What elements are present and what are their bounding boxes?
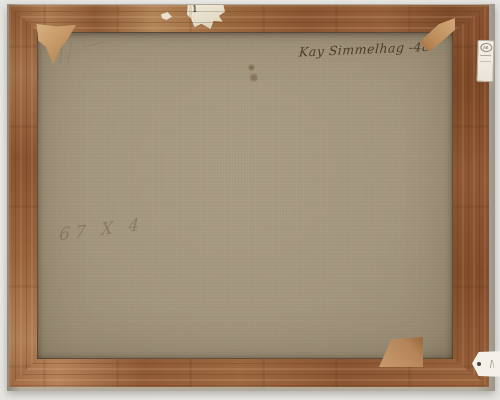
paper-remnant: 1 — [187, 5, 225, 29]
paper-remnant-small — [161, 12, 172, 20]
photo-background: 1 Kay Simmelhag -48 67 X 4 AB — [0, 0, 500, 400]
stretcher-bar-top: 1 — [9, 5, 489, 33]
painting-verso: 1 Kay Simmelhag -48 67 X 4 AB — [7, 4, 495, 391]
label-oval-logo: AB — [480, 43, 492, 52]
stretcher-bar-left — [9, 5, 39, 387]
pencil-scribble: 67 X 4 — [59, 215, 145, 246]
tag-handwriting — [485, 360, 499, 368]
canvas-smudge — [245, 64, 261, 82]
paper-remnant-mark: 1 — [192, 5, 198, 15]
label-handwriting-line — [480, 61, 491, 62]
tag-hole-icon — [477, 362, 481, 366]
auction-house-label: AB — [476, 40, 494, 82]
label-handwriting-line — [480, 55, 491, 56]
canvas-back: Kay Simmelhag -48 67 X 4 — [37, 32, 453, 359]
